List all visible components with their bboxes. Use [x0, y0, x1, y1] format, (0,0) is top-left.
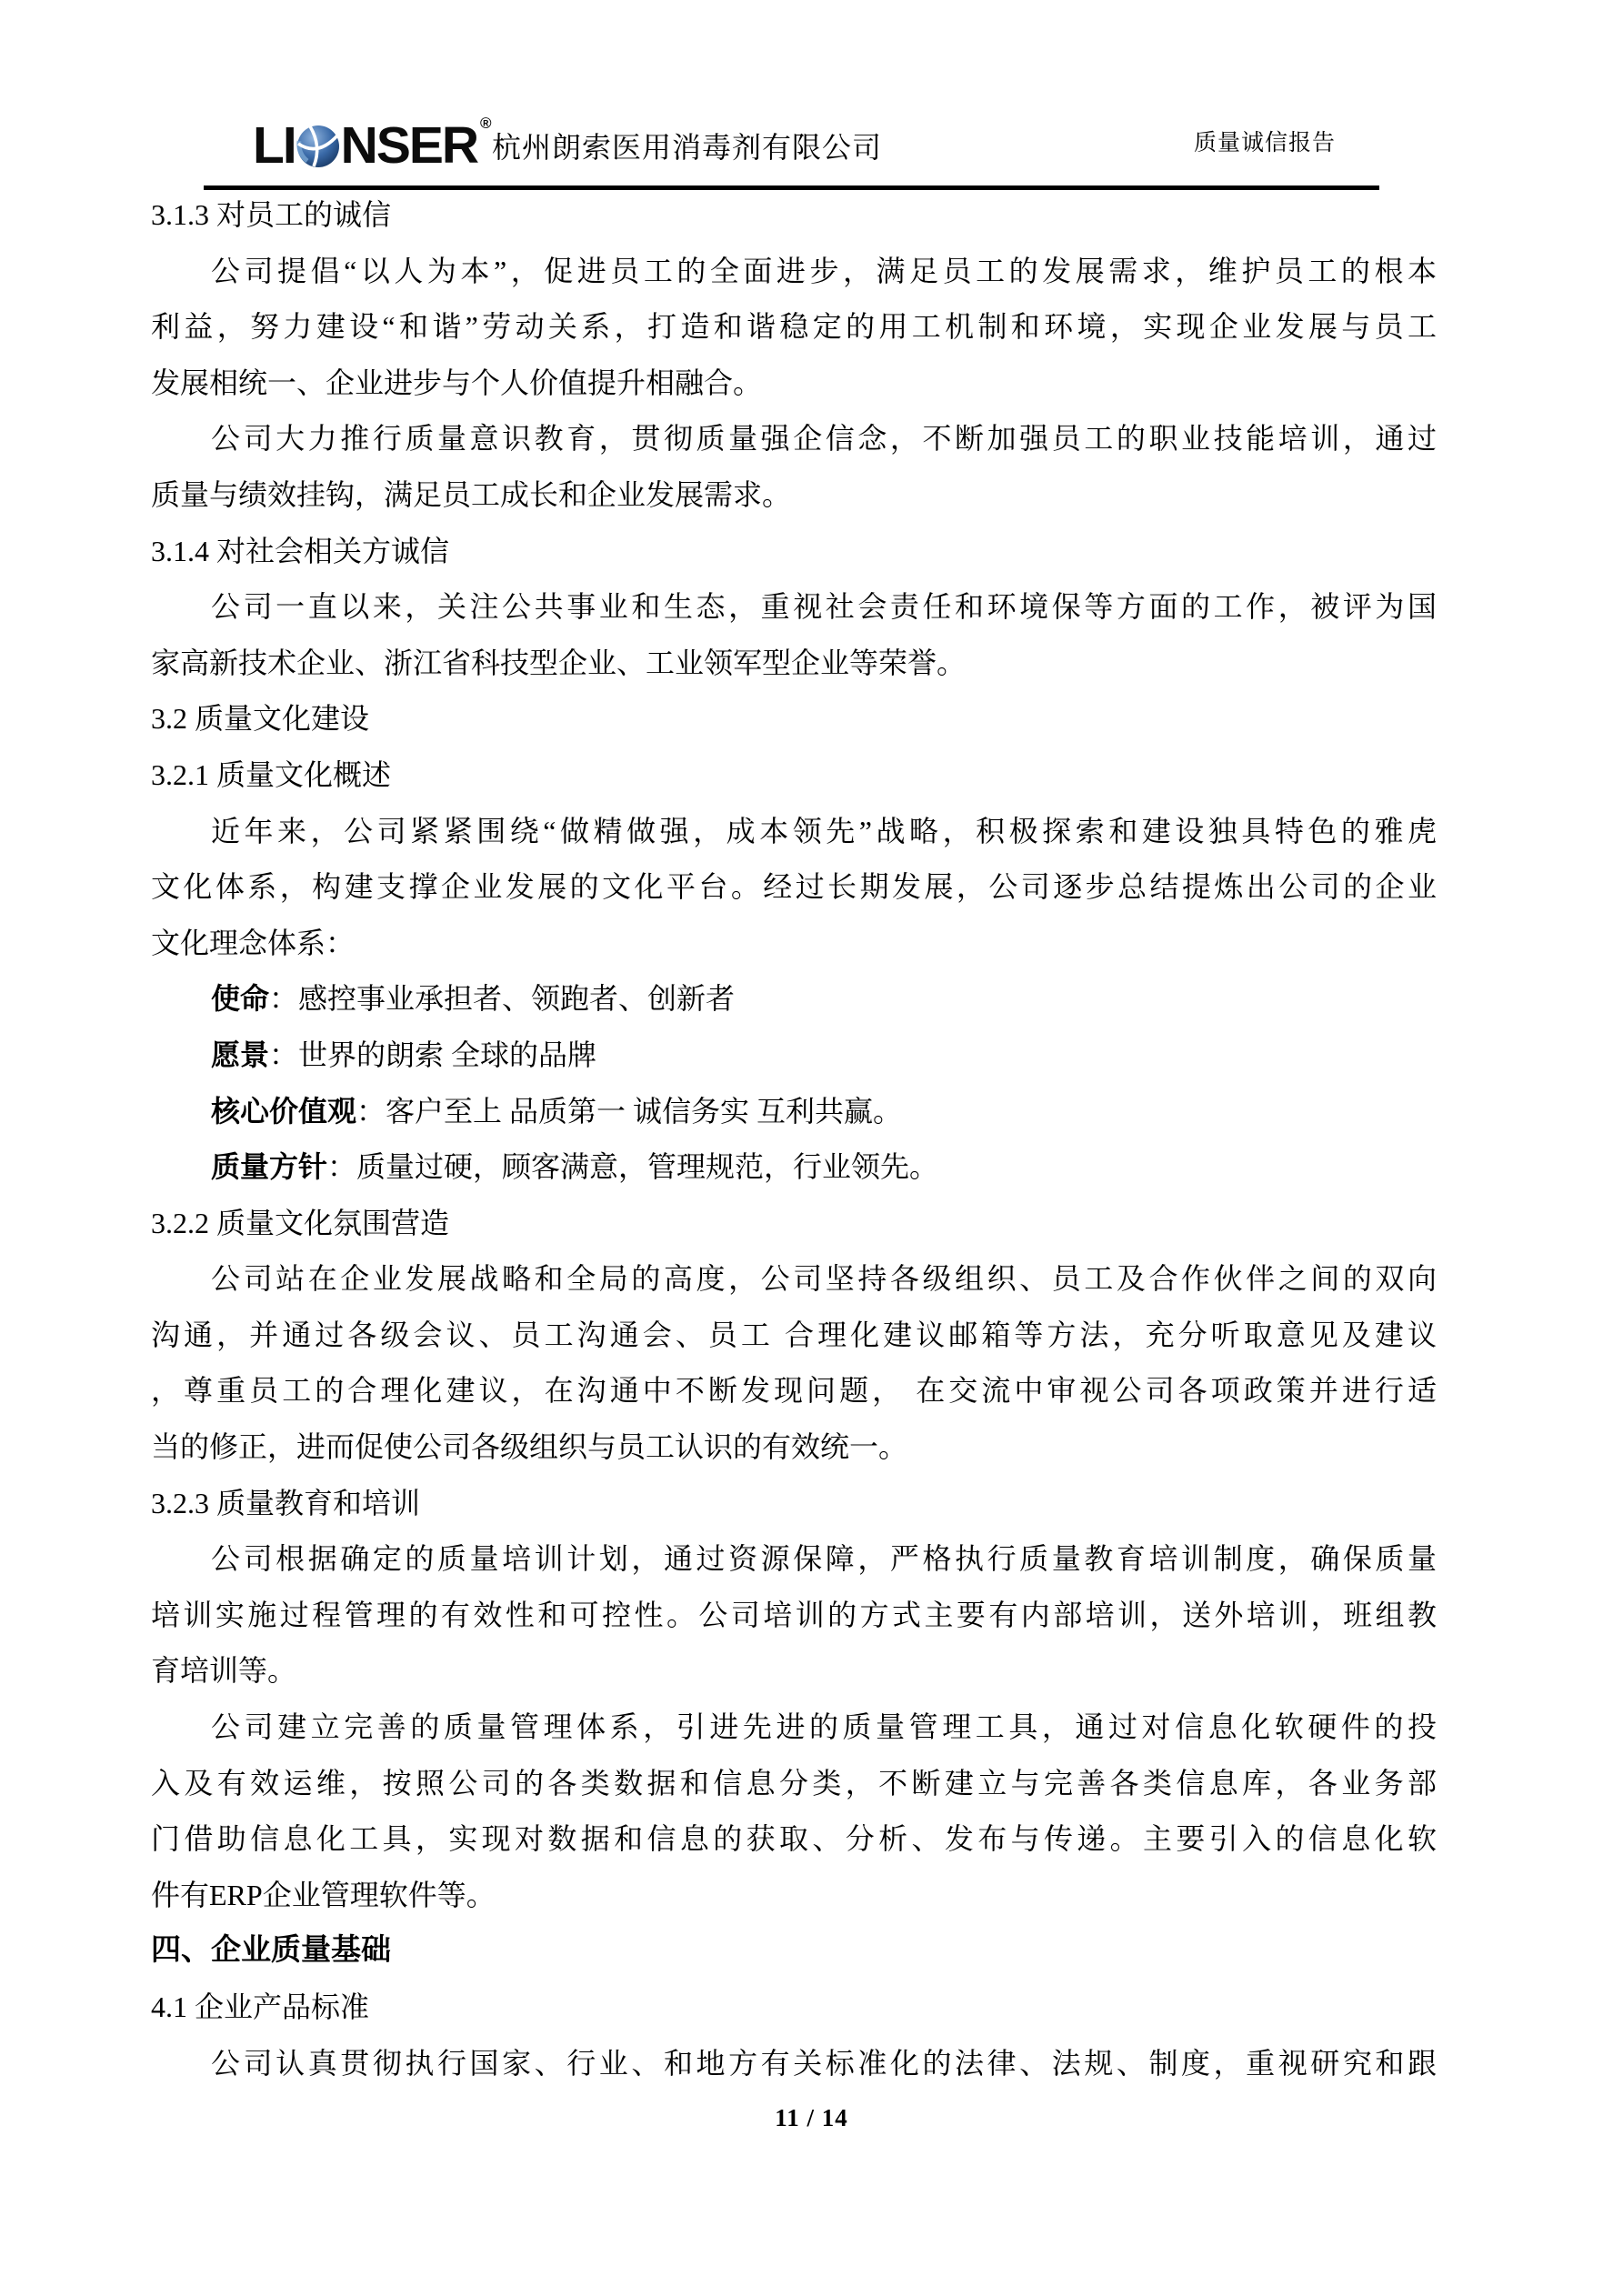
body-line: 公司站在企业发展战略和全局的高度，公司坚持各级组织、员工及合作伙伴之间的双向: [151, 1251, 1437, 1308]
body-line: 培训实施过程管理的有效性和可控性。公司培训的方式主要有内部培训，送外培训，班组教: [151, 1588, 1437, 1644]
line-text: ：质量过硬，顾客满意，管理规范，行业领先。: [327, 1150, 938, 1183]
line-text: ：感控事业承担者、领跑者、创新者: [269, 982, 735, 1015]
body-line: 公司提倡“以人为本”，促进员工的全面进步，满足员工的发展需求，维护员工的根本: [151, 244, 1437, 300]
section-heading: 3.2.1 质量文化概述: [151, 747, 1437, 804]
section-heading: 3.1.3 对员工的诚信: [151, 187, 1437, 244]
body-line: 公司根据确定的质量培训计划，通过资源保障，严格执行质量教育培训制度，确保质量: [151, 1531, 1437, 1588]
body-line: 公司认真贯彻执行国家、行业、和地方有关标准化的法律、法规、制度，重视研究和跟: [151, 2036, 1437, 2092]
section-heading: 4.1 企业产品标准: [151, 1980, 1437, 2036]
body-line: 育培训等。: [151, 1643, 1437, 1699]
body-line: 愿景：世界的朗索 全球的品牌: [151, 1028, 1437, 1084]
body-line: 利益，努力建设“和谐”劳动关系，打造和谐稳定的用工机制和环境，实现企业发展与员工: [151, 299, 1437, 356]
logo-text-right: NSER: [341, 120, 477, 172]
body-line: 文化理念体系：: [151, 916, 1437, 972]
body-line: 入及有效运维，按照公司的各类数据和信息分类，不断建立与完善各类信息库，各业务部: [151, 1756, 1437, 1812]
body-line: 当的修正，进而促使公司各级组织与员工认识的有效统一。: [151, 1419, 1437, 1476]
registered-trademark-icon: ®: [480, 115, 492, 131]
body-line: 核心价值观：客户至上 品质第一 诚信务实 互利共赢。: [151, 1084, 1437, 1140]
logo-text-left: LI: [253, 120, 296, 172]
body-line: 件有ERP企业管理软件等。: [151, 1868, 1437, 1924]
chapter-heading: 四、企业质量基础: [151, 1923, 1437, 1980]
body-line: 家高新技术企业、浙江省科技型企业、工业领军型企业等荣誉。: [151, 636, 1437, 692]
section-heading: 3.2.3 质量教育和培训: [151, 1476, 1437, 1532]
document-page: LI NSER ® 杭州朗索医用消毒剂有限公司 质量诚信报告 3.1.3 对员工…: [0, 0, 1623, 2296]
document-body: 3.1.3 对员工的诚信 公司提倡“以人为本”，促进员工的全面进步，满足员工的发…: [151, 187, 1437, 2091]
company-name: 杭州朗索医用消毒剂有限公司: [492, 128, 882, 166]
body-line: 使命：感控事业承担者、领跑者、创新者: [151, 971, 1437, 1028]
section-heading: 3.1.4 对社会相关方诚信: [151, 524, 1437, 580]
body-line: 公司大力推行质量意识教育，贯彻质量强企信念，不断加强员工的职业技能培训，通过: [151, 411, 1437, 467]
document-title: 质量诚信报告: [1194, 129, 1336, 158]
body-line: 质量与绩效挂钩，满足员工成长和企业发展需求。: [151, 467, 1437, 524]
body-line: 质量方针：质量过硬，顾客满意，管理规范，行业领先。: [151, 1139, 1437, 1196]
line-label: 使命: [211, 982, 269, 1015]
body-line: 公司建立完善的质量管理体系，引进先进的质量管理工具，通过对信息化软硬件的投: [151, 1699, 1437, 1756]
body-line: ，尊重员工的合理化建议，在沟通中不断发现问题， 在交流中审视公司各项政策并进行适: [151, 1363, 1437, 1419]
body-line: 门借助信息化工具，实现对数据和信息的获取、分析、发布与传递。主要引入的信息化软: [151, 1811, 1437, 1868]
body-line: 文化体系，构建支撑企业发展的文化平台。经过长期发展，公司逐步总结提炼出公司的企业: [151, 859, 1437, 916]
body-line: 沟通，并通过各级会议、员工沟通会、员工 合理化建议邮箱等方法，充分听取意见及建议: [151, 1308, 1437, 1364]
section-heading: 3.2.2 质量文化氛围营造: [151, 1196, 1437, 1252]
section-heading: 3.2 质量文化建设: [151, 691, 1437, 747]
lionser-logo: LI NSER ®: [253, 119, 492, 172]
line-label: 质量方针: [211, 1150, 327, 1183]
line-text: ：客户至上 品质第一 诚信务实 互利共赢。: [356, 1095, 902, 1128]
body-line: 公司一直以来，关注公共事业和生态，重视社会责任和环境保等方面的工作，被评为国: [151, 579, 1437, 636]
line-label: 愿景: [211, 1038, 269, 1071]
globe-icon: [296, 125, 340, 168]
line-text: ：世界的朗索 全球的品牌: [269, 1038, 596, 1071]
line-label: 核心价值观: [211, 1095, 356, 1128]
page-number: 11 / 14: [0, 2104, 1623, 2132]
body-line: 近年来，公司紧紧围绕“做精做强，成本领先”战略，积极探索和建设独具特色的雅虎: [151, 804, 1437, 860]
body-line: 发展相统一、企业进步与个人价值提升相融合。: [151, 356, 1437, 412]
